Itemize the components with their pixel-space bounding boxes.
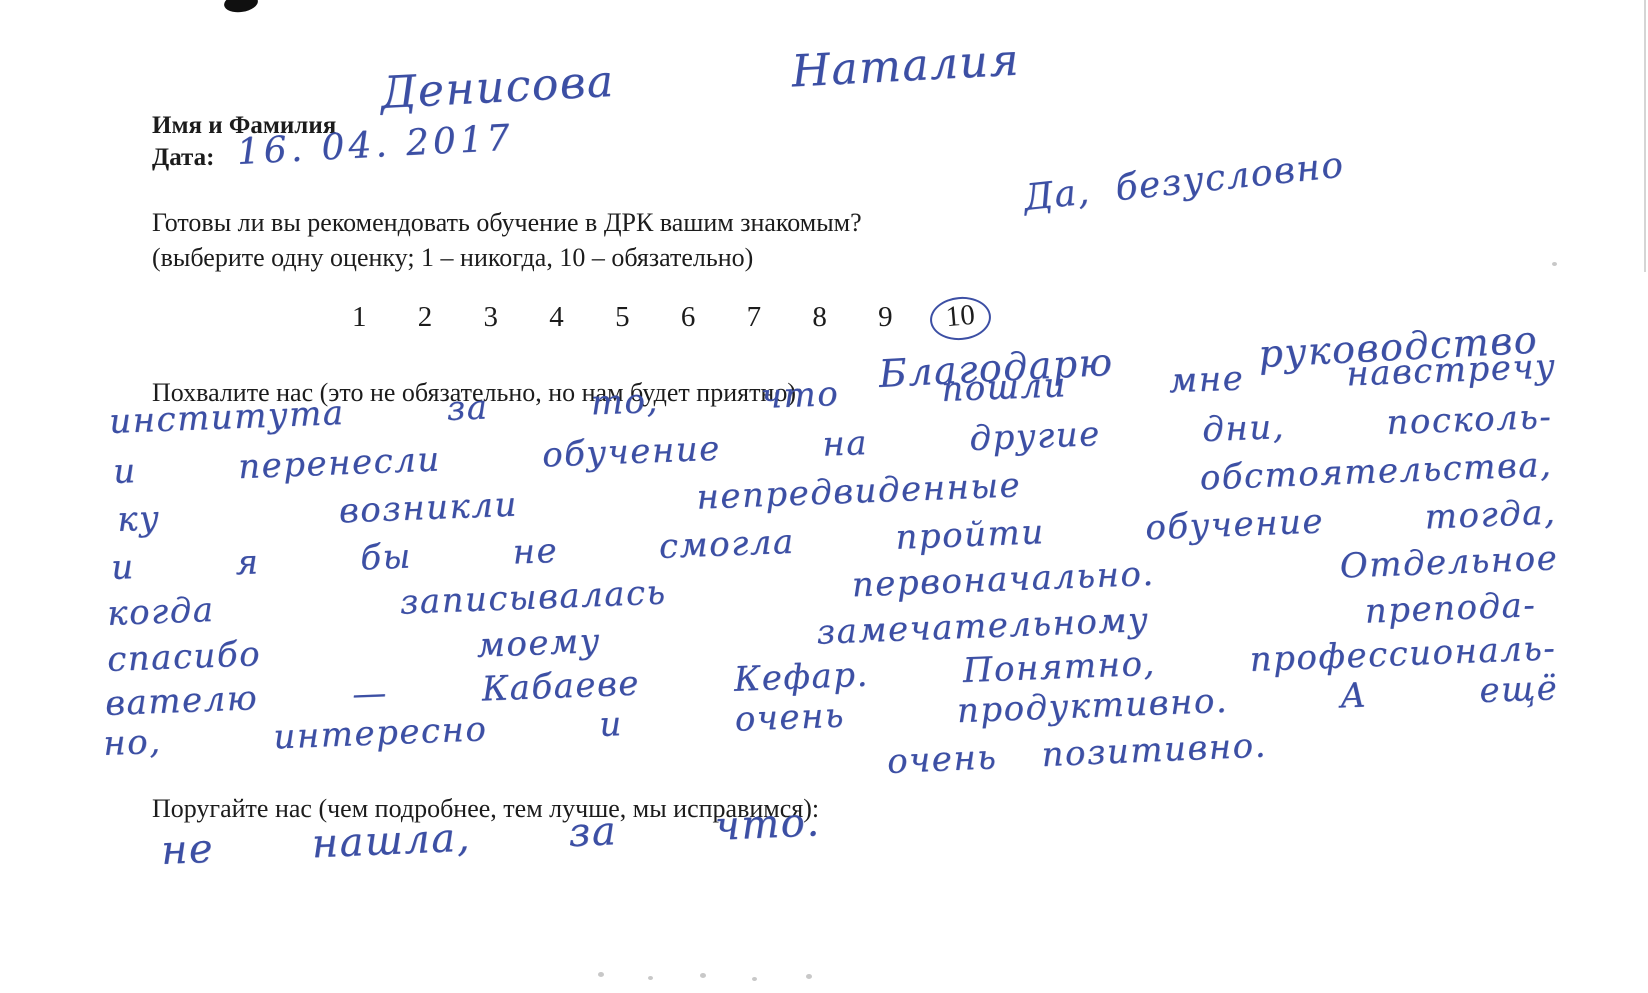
scale-value-selected-circle: 10 (928, 294, 993, 342)
scan-artifact-dot (806, 974, 812, 979)
scale-value: 3 (484, 301, 499, 334)
scale-value: 1 (352, 301, 367, 334)
scan-artifact-right-edge (1644, 0, 1646, 272)
scan-artifact-dot (598, 972, 604, 977)
scan-artifact-dot (700, 973, 706, 978)
scale-value: 2 (418, 301, 433, 334)
scale-value: 4 (549, 301, 564, 334)
scale-value: 5 (615, 301, 630, 334)
name-handwritten-value: Денисова Наталия (379, 35, 1021, 119)
scale-value: 8 (812, 301, 827, 334)
date-label: Дата: (152, 144, 214, 172)
question-handwritten-answer: Да, безусловно (1022, 145, 1347, 219)
question-line2: (выберите одну оценку; 1 – никогда, 10 –… (152, 243, 753, 273)
scan-artifact-dot (648, 976, 653, 980)
scale-value: 9 (878, 301, 893, 334)
scan-artifact-dot (752, 977, 757, 981)
scan-artifact-dot (1552, 262, 1557, 266)
question-line1: Готовы ли вы рекомендовать обучение в ДР… (152, 208, 862, 238)
scale-value: 7 (747, 301, 762, 334)
scan-artifact-top-blob (223, 0, 259, 14)
scale-value: 6 (681, 301, 696, 334)
rating-scale: 1 2 3 4 5 6 7 8 9 10 (352, 300, 977, 335)
scanned-feedback-form: Имя и Фамилия Денисова Наталия Дата: 16.… (0, 0, 1648, 993)
praise-handwritten-line: очень позитивно. (886, 725, 1267, 782)
